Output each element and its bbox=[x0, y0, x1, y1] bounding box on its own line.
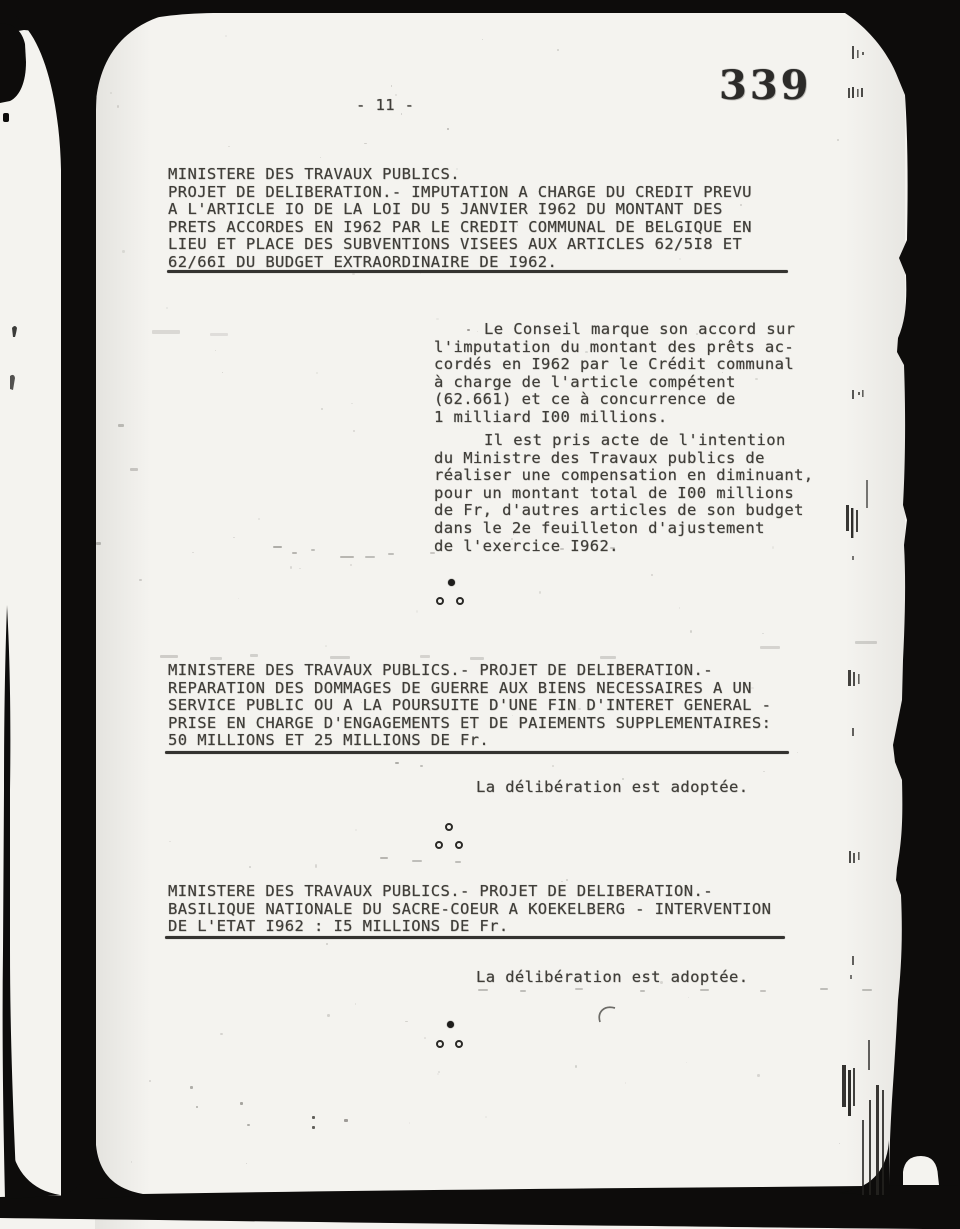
body-line: l'imputation du montant des prêts ac- bbox=[434, 339, 795, 357]
body-line: du Ministre des Travaux publics de bbox=[434, 450, 814, 468]
heading-rule-2 bbox=[165, 751, 789, 754]
council-note-paragraph-1: Le Conseil marque son accord sur l'imput… bbox=[434, 321, 795, 427]
deliberation-heading-2: MINISTERE DES TRAVAUX PUBLICS.- PROJET D… bbox=[168, 662, 771, 750]
typed-dot-ring bbox=[436, 597, 444, 605]
body-line: Il est pris acte de l'intention bbox=[434, 432, 814, 450]
body-line: pour un montant total de I00 millions bbox=[434, 485, 814, 503]
heading-line: BASILIQUE NATIONALE DU SACRE-COEUR A KOE… bbox=[168, 901, 771, 919]
body-line: dans le 2e feuilleton d'ajustement bbox=[434, 520, 814, 538]
body-line: cordés en I962 par le Crédit communal bbox=[434, 356, 795, 374]
folio-number: 339 bbox=[719, 66, 812, 106]
typed-dot-ring bbox=[455, 841, 463, 849]
heading-line: SERVICE PUBLIC OU A LA POURSUITE D'UNE F… bbox=[168, 697, 771, 715]
scanned-document-page: 339 - 11 - MINISTERE DES TRAVAUX PUBLICS… bbox=[0, 0, 960, 1229]
typed-dot-ring bbox=[436, 1040, 444, 1048]
heading-line: PROJET DE DELIBERATION.- IMPUTATION A CH… bbox=[168, 184, 752, 202]
typed-dot-filled bbox=[447, 1021, 454, 1028]
body-line: de Fr, d'autres articles de son budget bbox=[434, 502, 814, 520]
heading-line: PRISE EN CHARGE D'ENGAGEMENTS ET DE PAIE… bbox=[168, 715, 771, 733]
body-line: Le Conseil marque son accord sur bbox=[434, 321, 795, 339]
gutter-shadow-left bbox=[95, 0, 150, 1229]
heading-line: MINISTERE DES TRAVAUX PUBLICS.- PROJET D… bbox=[168, 662, 771, 680]
typed-dot-ring bbox=[456, 597, 464, 605]
body-line: à charge de l'article compétent bbox=[434, 374, 795, 392]
heading-line: 50 MILLIONS ET 25 MILLIONS DE Fr. bbox=[168, 732, 771, 750]
body-line: (62.661) et ce à concurrence de bbox=[434, 391, 795, 409]
heading-line: LIEU ET PLACE DES SUBVENTIONS VISEES AUX… bbox=[168, 236, 752, 254]
typed-dot-ring bbox=[435, 841, 443, 849]
typed-dot-ring bbox=[445, 823, 453, 831]
resolution-2: La délibération est adoptée. bbox=[476, 969, 749, 987]
heading-line: DE L'ETAT I962 : I5 MILLIONS DE Fr. bbox=[168, 918, 771, 936]
heading-line: MINISTERE DES TRAVAUX PUBLICS.- PROJET D… bbox=[168, 883, 771, 901]
council-note-paragraph-2: Il est pris acte de l'intention du Minis… bbox=[434, 432, 814, 555]
heading-rule-3 bbox=[165, 936, 785, 939]
deliberation-heading-3: MINISTERE DES TRAVAUX PUBLICS.- PROJET D… bbox=[168, 883, 771, 936]
page-number: - 11 - bbox=[356, 97, 414, 115]
resolution-1: La délibération est adoptée. bbox=[476, 779, 749, 797]
heading-rule-1 bbox=[167, 270, 788, 273]
heading-line: 62/66I DU BUDGET EXTRAORDINAIRE DE I962. bbox=[168, 254, 752, 272]
body-line: 1 milliard I00 millions. bbox=[434, 409, 795, 427]
typed-dot-filled bbox=[448, 579, 455, 586]
typed-dot-ring bbox=[455, 1040, 463, 1048]
edge-shadow-right bbox=[845, 0, 905, 1229]
body-line: réaliser une compensation en diminuant, bbox=[434, 467, 814, 485]
heading-line: REPARATION DES DOMMAGES DE GUERRE AUX BI… bbox=[168, 680, 771, 698]
body-line: de l'exercice I962. bbox=[434, 538, 814, 556]
deliberation-heading-1: MINISTERE DES TRAVAUX PUBLICS. PROJET DE… bbox=[168, 166, 752, 272]
heading-line: A L'ARTICLE IO DE LA LOI DU 5 JANVIER I9… bbox=[168, 201, 752, 219]
heading-line: PRETS ACCORDES EN I962 PAR LE CREDIT COM… bbox=[168, 219, 752, 237]
heading-line: MINISTERE DES TRAVAUX PUBLICS. bbox=[168, 166, 752, 184]
